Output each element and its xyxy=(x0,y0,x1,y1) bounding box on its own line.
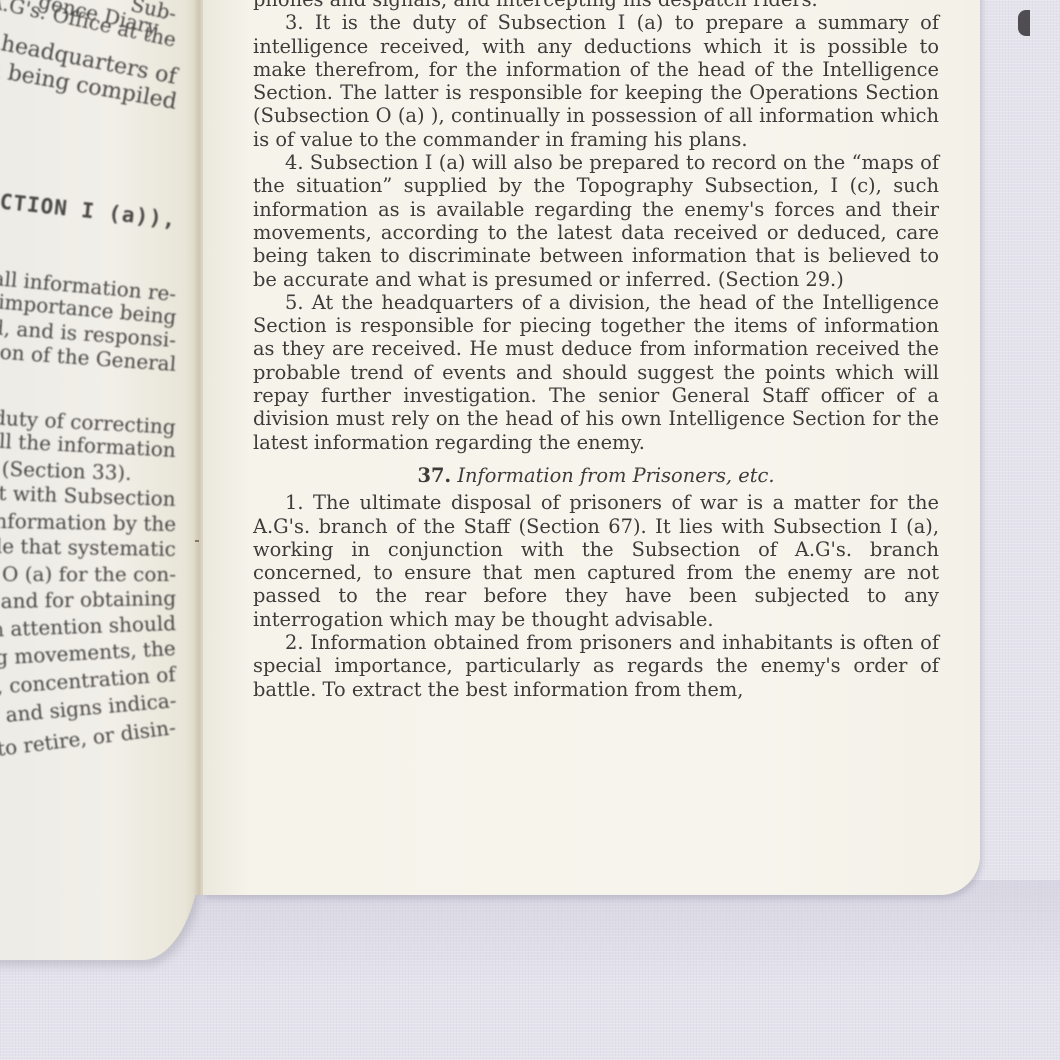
left-page-text: Sub- gence Diary A.G's. Office at the th… xyxy=(0,0,190,960)
section-heading: 37. Information from Prisoners, etc. xyxy=(253,464,939,487)
left-page: Sub- gence Diary A.G's. Office at the th… xyxy=(0,0,202,960)
right-page: phones and signals, and intercepting his… xyxy=(203,0,980,895)
left-line: information by the xyxy=(0,509,176,536)
left-heading: BSECTION I (a)), xyxy=(0,185,177,232)
left-line: O (a) for the con- xyxy=(2,562,176,586)
paragraph-4: 4. Subsection I (a) will also be prepare… xyxy=(253,151,939,291)
cut-off-line: phones and signals, and intercepting his… xyxy=(253,0,939,11)
gutter-mark xyxy=(195,540,199,542)
section-title: Information from Prisoners, etc. xyxy=(457,464,774,487)
left-line: ble that systematic xyxy=(0,534,176,561)
right-page-text: phones and signals, and intercepting his… xyxy=(253,0,939,701)
section-number: 37. xyxy=(417,464,451,487)
section-paragraph-1: 1. The ultimate disposal of prisoners of… xyxy=(253,491,939,631)
left-line: s and for obtaining xyxy=(0,586,176,613)
paragraph-3: 3. It is the duty of Subsection I (a) to… xyxy=(253,11,939,151)
page-tab-mark xyxy=(1018,10,1030,36)
section-paragraph-2: 2. Information obtained from prisoners a… xyxy=(253,631,939,701)
left-line: lt with Subsection xyxy=(0,481,176,511)
paragraph-5: 5. At the headquarters of a division, th… xyxy=(253,291,939,454)
